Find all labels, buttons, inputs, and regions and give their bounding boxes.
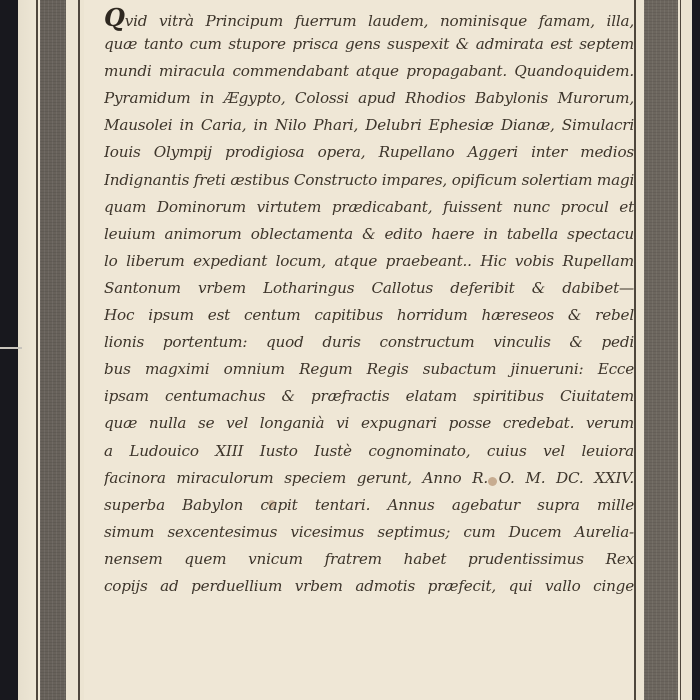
text-line: nensem quem vnicum fratrem habet prudent… <box>104 546 634 573</box>
text-line: Santonum vrbem Lotharingus Callotus defe… <box>104 275 634 302</box>
text-line: Qvid vitrà Principum fuerrum laudem, nom… <box>104 4 634 31</box>
scan-edge-right <box>692 0 700 700</box>
text-line: Indignantis freti æstibus Constructo imp… <box>104 167 634 194</box>
text-line: copijs ad perduellium vrbem admotis præf… <box>104 573 634 600</box>
decorative-initial: Q <box>104 4 125 31</box>
text-line: quæ nulla se vel longanià vi expugnari p… <box>104 410 634 437</box>
border-rule-inner-left <box>78 0 80 700</box>
scanned-document: Qvid vitrà Principum fuerrum laudem, nom… <box>0 0 700 700</box>
text-line: leuium animorum oblectamenta & edito hae… <box>104 221 634 248</box>
text-line: ipsam centumachus & præfractis elatam sp… <box>104 383 634 410</box>
text-line: quam Dominorum virtutem prædicabant, fui… <box>104 194 634 221</box>
text-line: superba Babylon capit tentari. Annus age… <box>104 492 634 519</box>
border-rule-inner-right <box>634 0 636 700</box>
text-line: a Ludouico XIII Iusto Iustè cognominato,… <box>104 438 634 465</box>
scan-edge-left <box>0 0 18 700</box>
border-rule-outer-left <box>36 0 38 700</box>
border-band-right <box>644 0 678 700</box>
text-line: lo liberum expediant locum, atque praebe… <box>104 248 634 275</box>
latin-text-body: Qvid vitrà Principum fuerrum laudem, nom… <box>104 4 634 600</box>
scan-edge-mark <box>0 347 22 349</box>
text-line: Hoc ipsum est centum capitibus horridum … <box>104 302 634 329</box>
text-line: Pyramidum in Ægypto, Colossi apud Rhodio… <box>104 85 634 112</box>
border-rule-outer-right <box>680 0 681 700</box>
text-line: simum sexcentesimus vicesimus septimus; … <box>104 519 634 546</box>
border-band-left <box>40 0 66 700</box>
text-line: mundi miracula commendabant atque propag… <box>104 58 634 85</box>
text-line: Mausolei in Caria, in Nilo Phari, Delubr… <box>104 112 634 139</box>
text-line: lionis portentum: quod duris constructum… <box>104 329 634 356</box>
text-line: Iouis Olympij prodigiosa opera, Rupellan… <box>104 139 634 166</box>
text-line: facinora miraculorum speciem gerunt, Ann… <box>104 465 634 492</box>
text-line: bus magximi omnium Regum Regis subactum … <box>104 356 634 383</box>
text-line: quæ tanto cum stupore prisca gens suspex… <box>104 31 634 58</box>
